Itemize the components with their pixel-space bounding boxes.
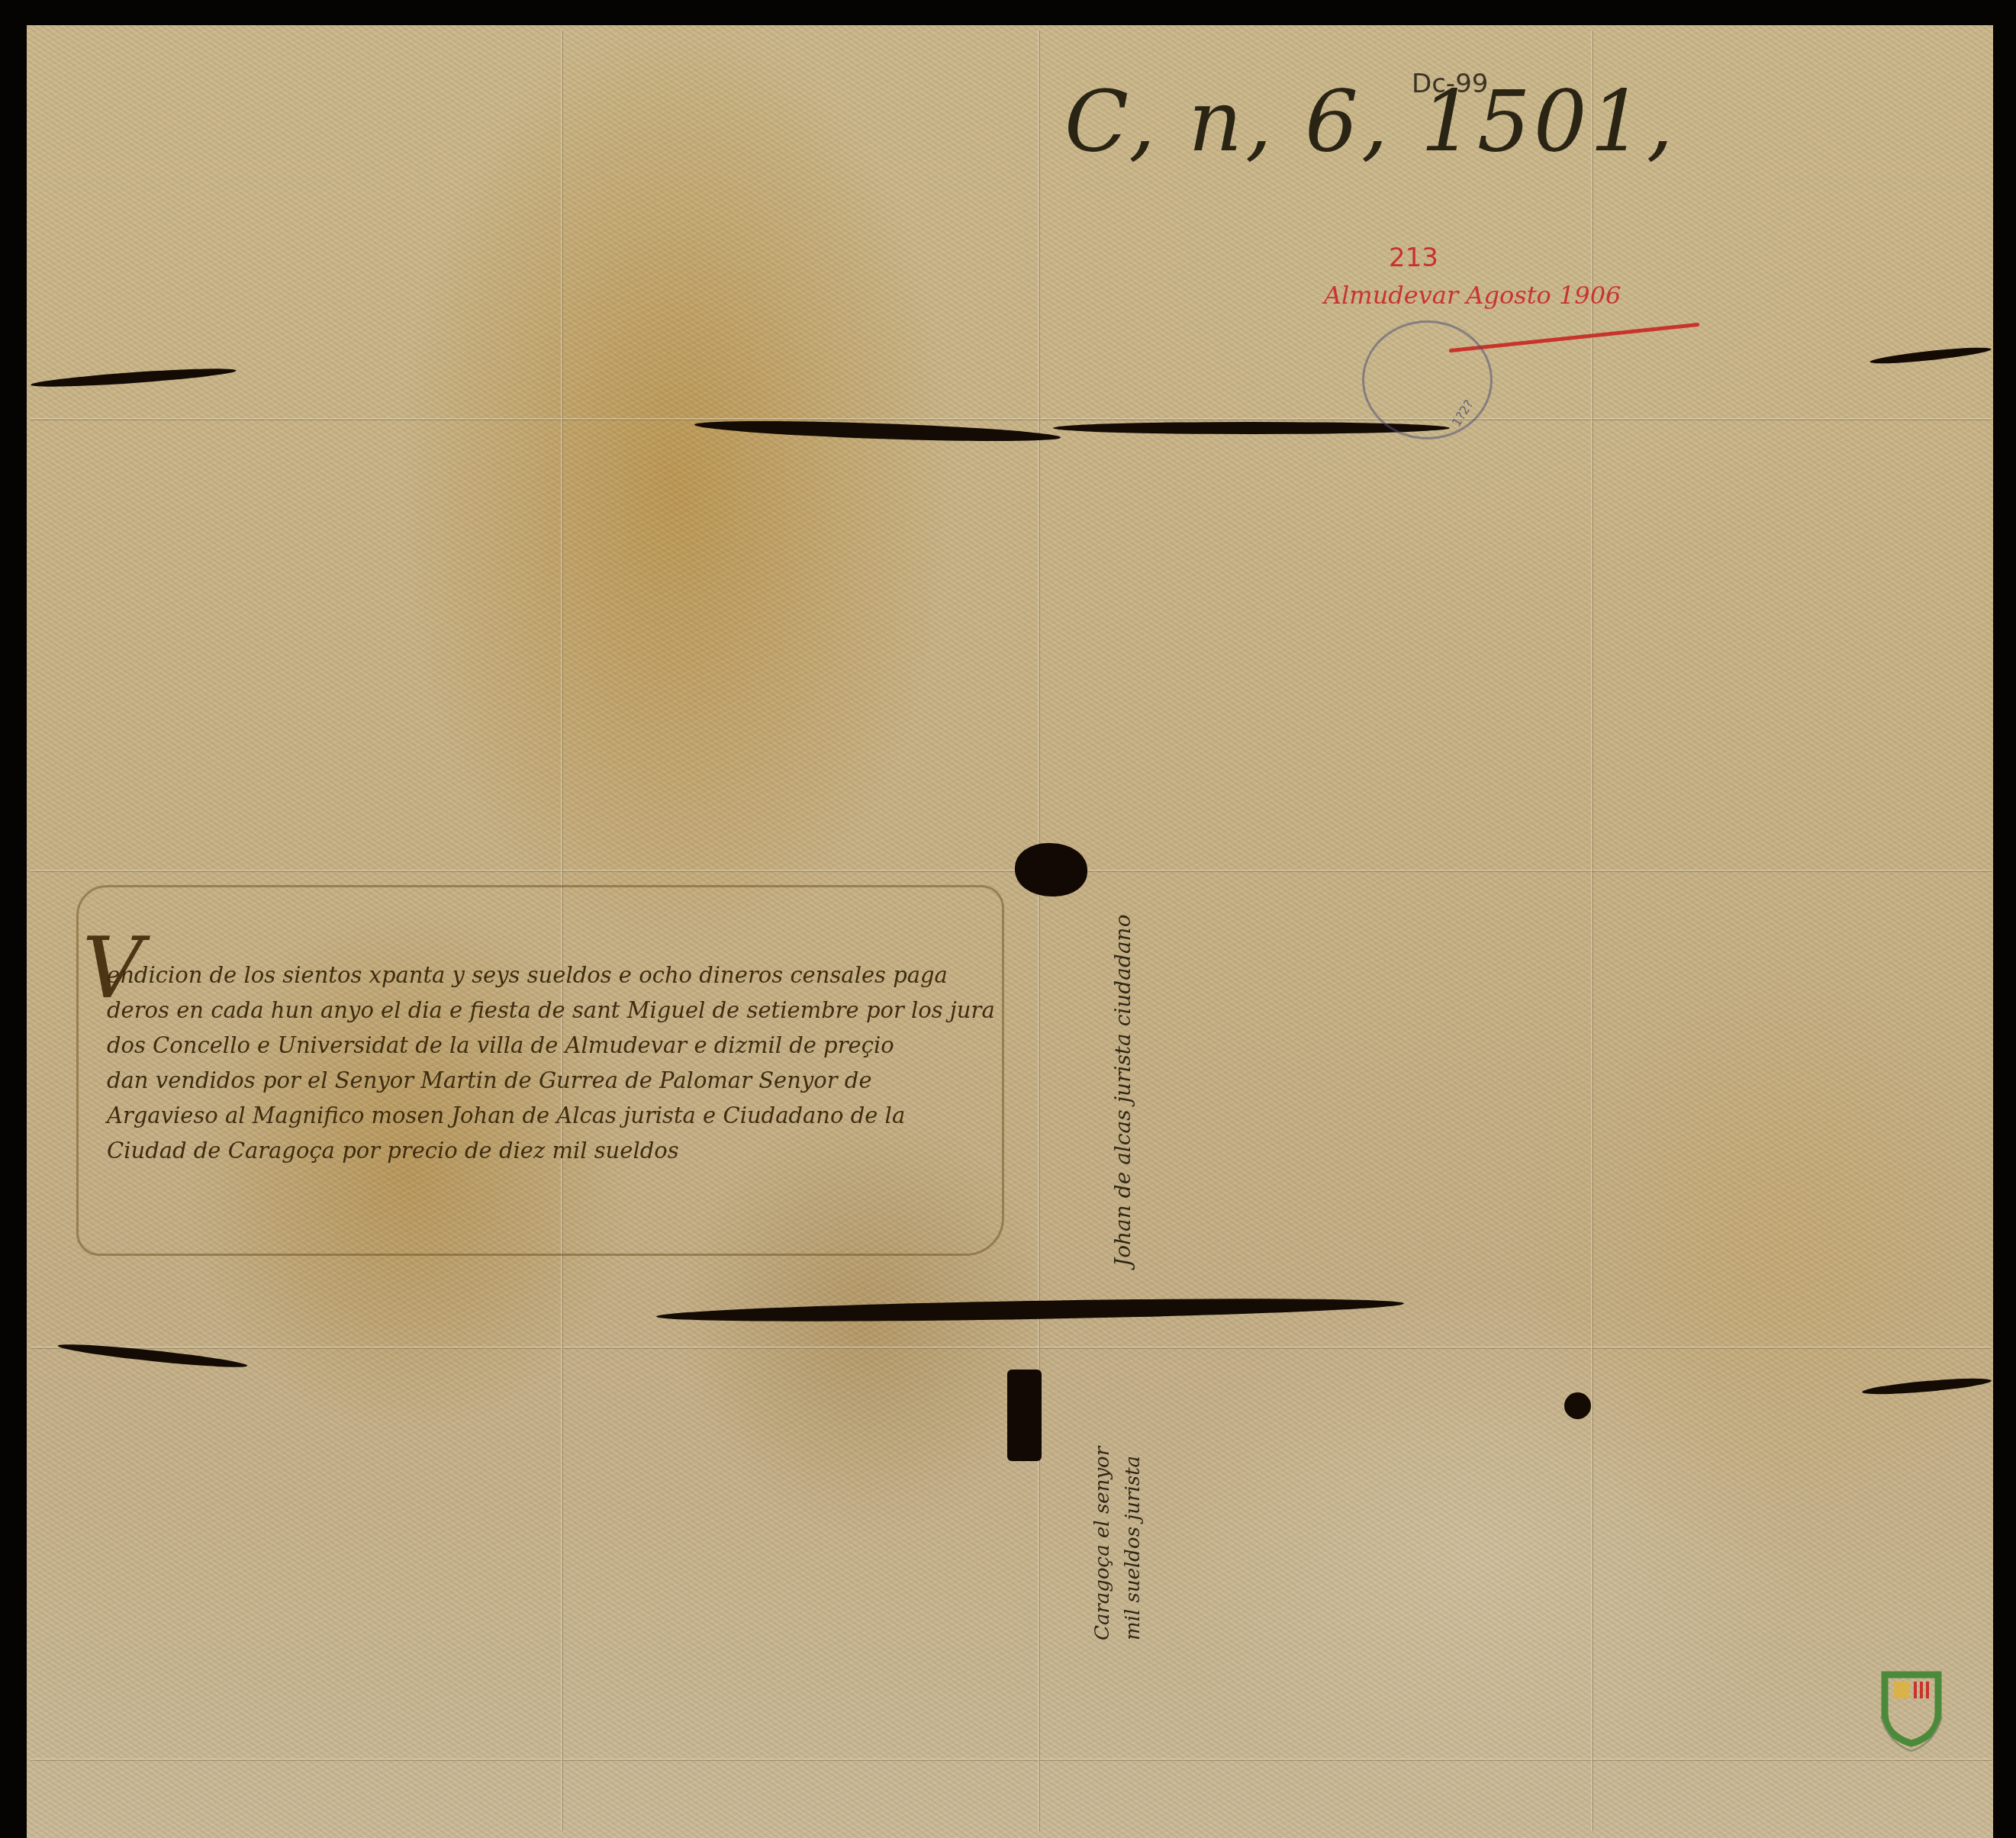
red-annotation-note: Almudevar Agosto 1906 [1324,281,1621,310]
oval-stamp: 1?2? [1362,320,1493,439]
summary-text-block: endicion de los sientos xpanta y seys su… [107,958,984,1168]
summary-line: Ciudad de Caragoça por precio de diez mi… [107,1133,984,1168]
vertical-note: Caragoça el senyor [1091,1447,1114,1640]
fold-line-middle [31,870,1992,872]
red-annotation-number: 213 [1389,243,1438,273]
fold-line-top [31,418,1992,420]
fold-line-lower [31,1347,1992,1349]
archive-crest-icon [1877,1671,1946,1755]
archive-code: Dc-99 [1412,69,1488,99]
vertical-note: mil sueldos jurista [1122,1456,1145,1640]
summary-line: Argavieso al Magnifico mosen Johan de Al… [107,1098,984,1133]
summary-line: dos Concello e Universidat de la villa d… [107,1028,984,1063]
fold-line-center [1038,31,1040,1831]
summary-line: endicion de los sientos xpanta y seys su… [107,958,984,993]
summary-line: dan vendidos por el Senyor Martin de Gur… [107,1063,984,1098]
summary-line: deros en cada hun anyo el dia e fiesta d… [107,993,984,1028]
hole-lower-center [1007,1370,1042,1461]
hole-center [1015,843,1087,896]
fold-line-bottom [31,1759,1992,1761]
vertical-note: Johan de alcas jurista ciudadano [1110,915,1135,1267]
shelfmark: C, n, 6, 1501, [1064,72,1676,170]
tear-right-mid [1564,1392,1591,1419]
